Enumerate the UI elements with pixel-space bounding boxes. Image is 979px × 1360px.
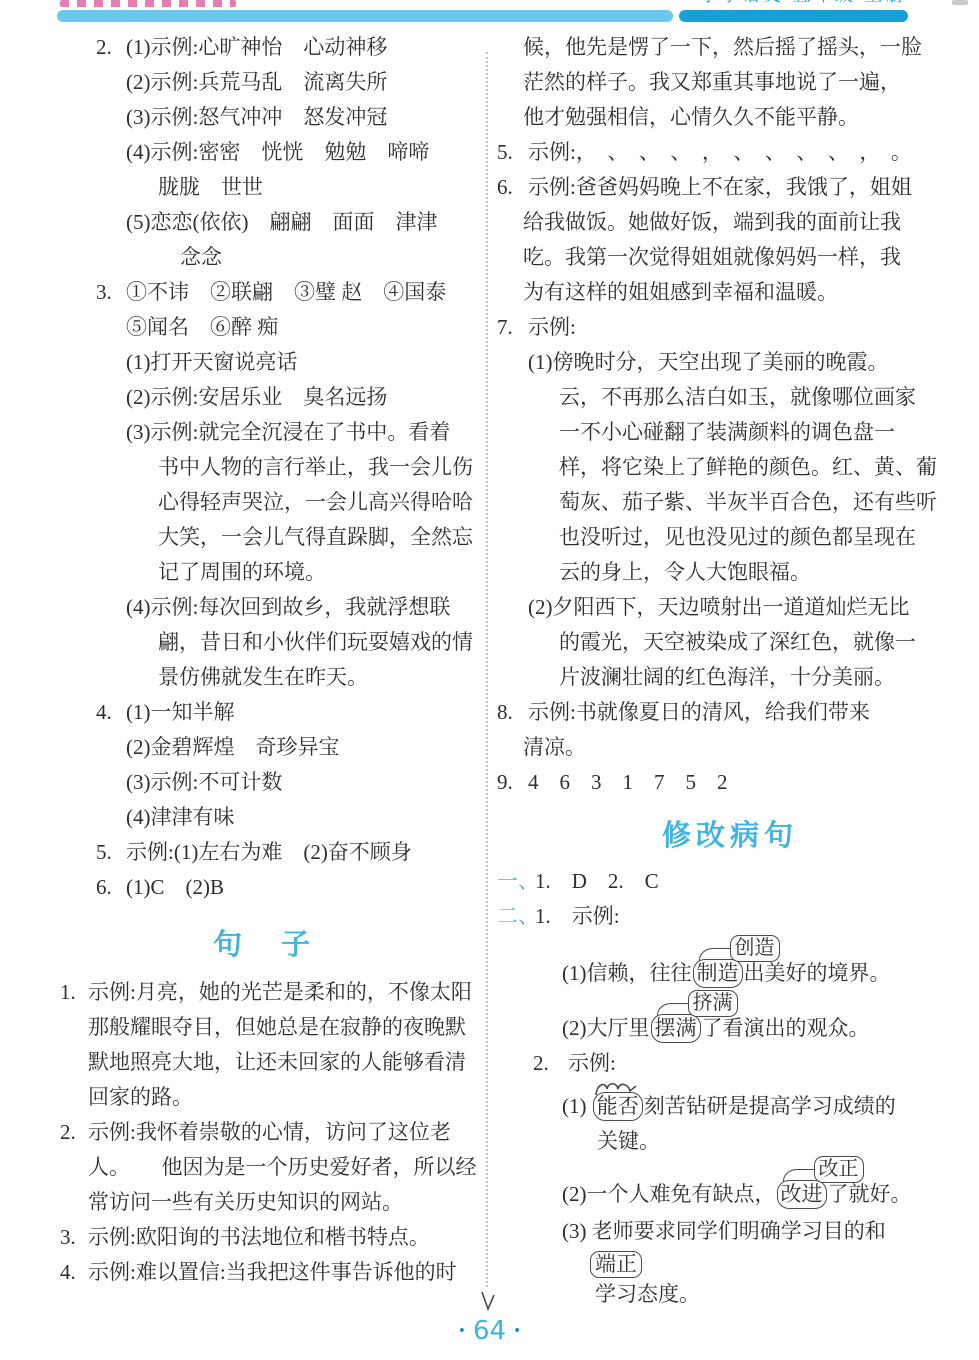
text-run: 的霞光，天空被染成了深红色，就像一 <box>559 630 916 654</box>
connector-arc <box>783 1169 816 1182</box>
text-run: 也没听过，见也没见过的颜色都呈现在 <box>559 525 916 549</box>
text-line: 胧胧 世世 <box>58 170 470 205</box>
text-line: (4)示例:密密 恍恍 勉勉 啼啼 <box>58 135 470 170</box>
text-run: 示例:我怀着崇敬的心情，访问了这位老 <box>88 1120 451 1144</box>
text-run: (3) 老师要求同学们明确学习目的和 <box>562 1219 886 1243</box>
text-run: 示例:爸爸妈妈晚上不在家，我饿了，姐姐 <box>528 175 912 199</box>
text-line: 7.示例: <box>497 310 963 345</box>
text-run: 记了周围的环境。 <box>158 560 326 584</box>
item-number: 2. <box>96 30 112 65</box>
text-line: 他才勉强相信，心情久久不能平静。 <box>497 100 963 135</box>
text-run: (2)夕阳西下，天边喷射出一道道灿烂无比 <box>528 595 910 619</box>
text-line: 片波澜壮阔的红色海洋，十分美丽。 <box>497 660 963 695</box>
text-run: 胧胧 世世 <box>158 175 263 199</box>
text-run: 示例:书就像夏日的清风，给我们带来 <box>528 700 870 724</box>
text-run: 翩，昔日和小伙伴们玩耍嬉戏的情 <box>158 630 473 654</box>
text-line: (3) 老师要求同学们明确学习目的和 <box>497 1214 963 1249</box>
text-line: 吃。我第一次觉得姐姐就像妈妈一样，我 <box>497 240 963 275</box>
deletion-mark-icon <box>594 1080 638 1097</box>
text-line: (3)示例:就完全沉浸在了书中。看着 <box>58 415 470 450</box>
text-run: 1. 示例: <box>535 904 620 928</box>
item-number: 4. <box>60 1255 76 1290</box>
text-line: 为有这样的姐姐感到幸福和温暖。 <box>497 275 963 310</box>
text-run: 回家的路。 <box>88 1085 193 1109</box>
text-run: 念念 <box>180 245 222 269</box>
text-run: ①不讳 ②联翩 ③璧 赵 ④国泰 <box>126 280 446 304</box>
text-line: 也没听过，见也没见过的颜色都呈现在 <box>497 520 963 555</box>
list-marker: 二、 <box>497 899 539 934</box>
text-line: (3)示例:怒气冲冲 怒发冲冠 <box>58 100 470 135</box>
text-line: 样，将它染上了鲜艳的颜色。红、黄、葡 <box>497 450 963 485</box>
text-run: 样，将它染上了鲜艳的颜色。红、黄、葡 <box>559 455 937 479</box>
text-run: (3)示例:怒气冲冲 怒发冲冠 <box>126 105 387 129</box>
item-number: 2. <box>533 1046 549 1081</box>
text-line: 给我做饭。她做好饭，端到我的面前让我 <box>497 205 963 240</box>
text-line: 的霞光，天空被染成了深红色，就像一 <box>497 625 963 660</box>
text-line: 云的身上，令人大饱眼福。 <box>497 555 963 590</box>
text-run: (1)示例:心旷神怡 心动神移 <box>126 35 387 59</box>
text-run: 书中人物的言行举止，我一会儿伤 <box>158 455 473 479</box>
text-line: 关键。 <box>497 1124 963 1159</box>
text-line: 萄灰、茄子紫、半灰半百合色，还有些听 <box>497 485 963 520</box>
text-line: (2)夕阳西下，天边喷射出一道道灿烂无比 <box>497 590 963 625</box>
correction-box: 创造 <box>730 935 780 962</box>
text-run: 一不小心碰翻了装满颜料的调色盘一 <box>559 420 895 444</box>
workbook-answer-page: 小学语文 五年级 上册 2.(1)示例:心旷神怡 心动神移(2)示例:兵荒马乱 … <box>0 0 979 1360</box>
text-run: 吃。我第一次觉得姐姐就像妈妈一样，我 <box>523 245 901 269</box>
text-run: 云的身上，令人大饱眼福。 <box>559 560 811 584</box>
series-title-text: 小学语文 五年级 上册 <box>700 0 920 7</box>
text-line: 4.示例:难以置信:当我把这件事告诉他的时 <box>58 1255 470 1290</box>
correction-box: 挤满 <box>688 990 738 1017</box>
text-run: (1)C (2)B <box>126 875 224 899</box>
text-line: 一不小心碰翻了装满颜料的调色盘一 <box>497 415 963 450</box>
text-run: 示例:欧阳询的书法地位和楷书特点。 <box>88 1225 430 1249</box>
text-run: 那般耀眼夺目，但她总是在寂静的夜晚默 <box>88 1015 466 1039</box>
text-run: 关键。 <box>597 1129 660 1153</box>
text-line: 6.示例:爸爸妈妈晚上不在家，我饿了，姐姐 <box>497 170 963 205</box>
text-line: 8.示例:书就像夏日的清风，给我们带来 <box>497 695 963 730</box>
text-line: (2)金碧辉煌 奇珍异宝 <box>58 730 470 765</box>
circled-word: 改进改正 <box>777 1180 827 1209</box>
text-run: 示例:月亮，她的光芒是柔和的，不像太阳 <box>88 980 472 1004</box>
text-run: (4)津津有味 <box>126 805 235 829</box>
text-run: 心得轻声哭泣，一会儿高兴得哈哈 <box>158 490 473 514</box>
text-line: 3.①不讳 ②联翩 ③璧 赵 ④国泰 <box>58 275 470 310</box>
footer-dot-left: • <box>458 1323 466 1339</box>
text-line: 1.示例:月亮，她的光芒是柔和的，不像太阳 <box>58 975 470 1010</box>
right-column: 候，他先是愣了一下，然后摇了摇头，一脸茫然的样子。我又郑重其事地说了一遍，他才勉… <box>497 30 963 1309</box>
text-line: 念念 <box>58 240 470 275</box>
connector-arc <box>657 1003 690 1016</box>
text-line: 6.(1)C (2)B <box>58 870 470 905</box>
footer-dot-right: • <box>513 1323 521 1339</box>
text-run: (2)示例:安居乐业 臭名远扬 <box>126 385 387 409</box>
text-line: 茫然的样子。我又郑重其事地说了一遍， <box>497 65 963 100</box>
section-header: 句 子 <box>58 923 470 965</box>
text-run: 示例:(1)左右为难 (2)奋不顾身 <box>126 840 412 864</box>
cropped-brand-logo <box>60 0 236 7</box>
text-line: (5)恋恋(依依) 翩翩 面面 津津 <box>58 205 470 240</box>
text-run: ⑤闻名 ⑥醉 痴 <box>126 315 278 339</box>
text-run: 常访问一些有关历史知识的网站。 <box>88 1190 403 1214</box>
text-run: 云，不再那么洁白如玉，就像哪位画家 <box>559 385 916 409</box>
text-line: 大笑，一会儿气得直跺脚，全然忘 <box>58 520 470 555</box>
text-run: 示例: <box>568 1051 616 1075</box>
text-run: (3)示例:就完全沉浸在了书中。看着 <box>126 420 450 444</box>
text-run: (2)示例:兵荒马乱 流离失所 <box>126 70 387 94</box>
text-run: (2)金碧辉煌 奇珍异宝 <box>126 735 340 759</box>
column-divider <box>486 52 488 1287</box>
item-number: 8. <box>497 695 513 730</box>
text-run: (2)大厅里 <box>562 1016 650 1040</box>
text-run: (4)示例:每次回到故乡，我就浮想联 <box>126 595 450 619</box>
text-line: 2.示例: <box>497 1046 963 1081</box>
text-run: 出美好的境界。 <box>744 961 891 985</box>
text-run: (5)恋恋(依依) 翩翩 面面 津津 <box>126 210 437 234</box>
text-run: (1)一知半解 <box>126 700 235 724</box>
text-run: 默地照亮大地，让还未回家的人能够看清 <box>88 1050 466 1074</box>
section-header: 修改病句 <box>497 814 963 856</box>
text-run: 4 6 3 1 7 5 2 <box>528 770 728 794</box>
item-number: 5. <box>96 835 112 870</box>
text-line: 2.(1)示例:心旷神怡 心动神移 <box>58 30 470 65</box>
text-line: 回家的路。 <box>58 1080 470 1115</box>
text-line: ⑤闻名 ⑥醉 痴 <box>58 310 470 345</box>
left-column: 2.(1)示例:心旷神怡 心动神移(2)示例:兵荒马乱 流离失所(3)示例:怒气… <box>58 30 470 1290</box>
item-number: 6. <box>96 870 112 905</box>
item-number: 3. <box>60 1220 76 1255</box>
circled-word: 制造创造 <box>693 959 743 988</box>
text-line: (4)津津有味 <box>58 800 470 835</box>
item-number: 9. <box>497 765 513 800</box>
text-line: 一、1. D 2. C <box>497 864 963 899</box>
page-number: 64 <box>473 1316 506 1346</box>
text-line: 景仿佛就发生在昨天。 <box>58 660 470 695</box>
text-line: 书中人物的言行举止，我一会儿伤 <box>58 450 470 485</box>
text-line: (2)一个人难免有缺点，改进改正了就好。 <box>497 1177 963 1212</box>
text-line: 常访问一些有关历史知识的网站。 <box>58 1185 470 1220</box>
text-line: 端正 <box>497 1249 963 1279</box>
insertion-box: 端正 <box>590 1251 642 1278</box>
header-rule-right <box>679 10 908 22</box>
text-line: 2.示例:我怀着崇敬的心情，访问了这位老 <box>58 1115 470 1150</box>
text-line: 翩，昔日和小伙伴们玩耍嬉戏的情 <box>58 625 470 660</box>
text-run: 示例:， 、 、 、 ， 、 、 、 、 ， 。 <box>528 140 912 164</box>
text-line: (1)信赖，往往制造创造出美好的境界。 <box>497 956 963 991</box>
text-run: 候，他先是愣了一下，然后摇了摇头，一脸 <box>523 35 922 59</box>
text-line: 默地照亮大地，让还未回家的人能够看清 <box>58 1045 470 1080</box>
text-line: 5.示例:(1)左右为难 (2)奋不顾身 <box>58 835 470 870</box>
text-line: 清凉。 <box>497 730 963 765</box>
text-line: 4.(1)一知半解 <box>58 695 470 730</box>
text-run: 清凉。 <box>523 735 586 759</box>
item-number: 1. <box>60 975 76 1010</box>
text-line: 学习态度。 <box>497 1279 963 1309</box>
text-run: 茫然的样子。我又郑重其事地说了一遍， <box>523 70 901 94</box>
text-line: 心得轻声哭泣，一会儿高兴得哈哈 <box>58 485 470 520</box>
list-marker: 一、 <box>497 864 539 899</box>
text-line: 人。 他因为是一个历史爱好者，所以经 <box>58 1150 470 1185</box>
cropped-series-title: 小学语文 五年级 上册 <box>700 0 920 8</box>
item-number: 3. <box>96 275 112 310</box>
insertion-caret-icon <box>480 1291 496 1311</box>
text-run: 给我做饭。她做好饭，端到我的面前让我 <box>523 210 901 234</box>
text-run: 为有这样的姐姐感到幸福和温暖。 <box>523 280 838 304</box>
text-run: (4)示例:密密 恍恍 勉勉 啼啼 <box>126 140 429 164</box>
text-line: 5.示例:， 、 、 、 ， 、 、 、 、 ， 。 <box>497 135 963 170</box>
connector-arc <box>699 948 732 961</box>
text-line: 候，他先是愣了一下，然后摇了摇头，一脸 <box>497 30 963 65</box>
correction-box: 改正 <box>814 1156 864 1183</box>
text-line: (1)打开天窗说亮话 <box>58 345 470 380</box>
text-run: (1)信赖，往往 <box>562 961 692 985</box>
text-line: (2)大厅里摆满挤满了看演出的观众。 <box>497 1011 963 1046</box>
text-line: 云，不再那么洁白如玉，就像哪位画家 <box>497 380 963 415</box>
text-line: 二、1. 示例: <box>497 899 963 934</box>
circled-word: 摆满挤满 <box>651 1014 701 1043</box>
text-run: 示例: <box>528 315 576 339</box>
text-run: 片波澜壮阔的红色海洋，十分美丽。 <box>559 665 895 689</box>
text-line: (3)示例:不可计数 <box>58 765 470 800</box>
item-number: 4. <box>96 695 112 730</box>
text-run: (3)示例:不可计数 <box>126 770 282 794</box>
text-run: 学习态度。 <box>595 1282 700 1306</box>
text-run: 了看演出的观众。 <box>702 1016 870 1040</box>
text-line: (1)傍晚时分，天空出现了美丽的晚霞。 <box>497 345 963 380</box>
text-line: 那般耀眼夺目，但她总是在寂静的夜晚默 <box>58 1010 470 1045</box>
text-run: 他才勉强相信，心情久久不能平静。 <box>523 105 859 129</box>
text-run: 示例:难以置信:当我把这件事告诉他的时 <box>88 1260 457 1284</box>
item-number: 6. <box>497 170 513 205</box>
text-line: (2)示例:安居乐业 臭名远扬 <box>58 380 470 415</box>
text-run: (1)傍晚时分，天空出现了美丽的晚霞。 <box>528 350 889 374</box>
text-run: 景仿佛就发生在昨天。 <box>158 665 368 689</box>
text-run: 大笑，一会儿气得直跺脚，全然忘 <box>158 525 473 549</box>
page-footer: •64• <box>0 1316 979 1346</box>
text-line: 9.4 6 3 1 7 5 2 <box>497 765 963 800</box>
corner-mark <box>952 0 968 5</box>
text-line: 3.示例:欧阳询的书法地位和楷书特点。 <box>58 1220 470 1255</box>
text-run: (1)打开天窗说亮话 <box>126 350 298 374</box>
item-number: 7. <box>497 310 513 345</box>
header-rule-left <box>57 10 673 22</box>
text-line: (1) 能否刻苦钻研是提高学习成绩的 <box>497 1089 963 1124</box>
text-run: 人。 他因为是一个历史爱好者，所以经 <box>88 1155 477 1179</box>
text-run: (1) <box>562 1094 592 1118</box>
text-line: 记了周围的环境。 <box>58 555 470 590</box>
text-line: (2)示例:兵荒马乱 流离失所 <box>58 65 470 100</box>
text-run: 萄灰、茄子紫、半灰半百合色，还有些听 <box>559 490 937 514</box>
text-run: (2)一个人难免有缺点， <box>562 1182 776 1206</box>
circled-word: 能否 <box>593 1092 643 1121</box>
text-run: 了就好。 <box>828 1182 912 1206</box>
item-number: 5. <box>497 135 513 170</box>
text-line: (4)示例:每次回到故乡，我就浮想联 <box>58 590 470 625</box>
text-run: 1. D 2. C <box>535 869 659 893</box>
text-run: 刻苦钻研是提高学习成绩的 <box>644 1094 896 1118</box>
item-number: 2. <box>60 1115 76 1150</box>
